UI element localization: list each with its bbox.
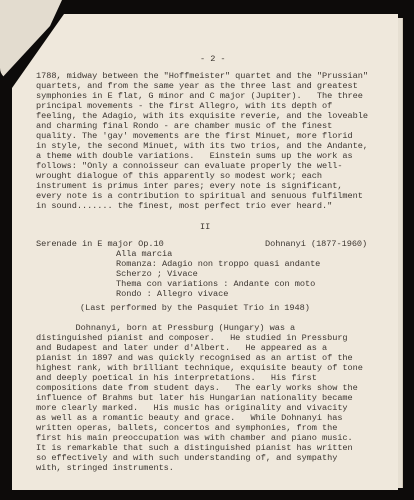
- text-line: with, stringed instruments.: [36, 464, 174, 474]
- text-line: in sound....... the finest, most perfect…: [36, 202, 332, 212]
- movement: Rondo : Allegro vivace: [116, 290, 228, 300]
- section-numeral: II: [200, 223, 210, 233]
- page-text: - 2 - 1788, midway between the "Hoffmeis…: [0, 0, 414, 500]
- performance-note: (Last performed by the Pasquiet Trio in …: [80, 304, 310, 314]
- composer: Dohnanyi (1877-1960): [265, 240, 367, 250]
- page-number: - 2 -: [200, 55, 226, 65]
